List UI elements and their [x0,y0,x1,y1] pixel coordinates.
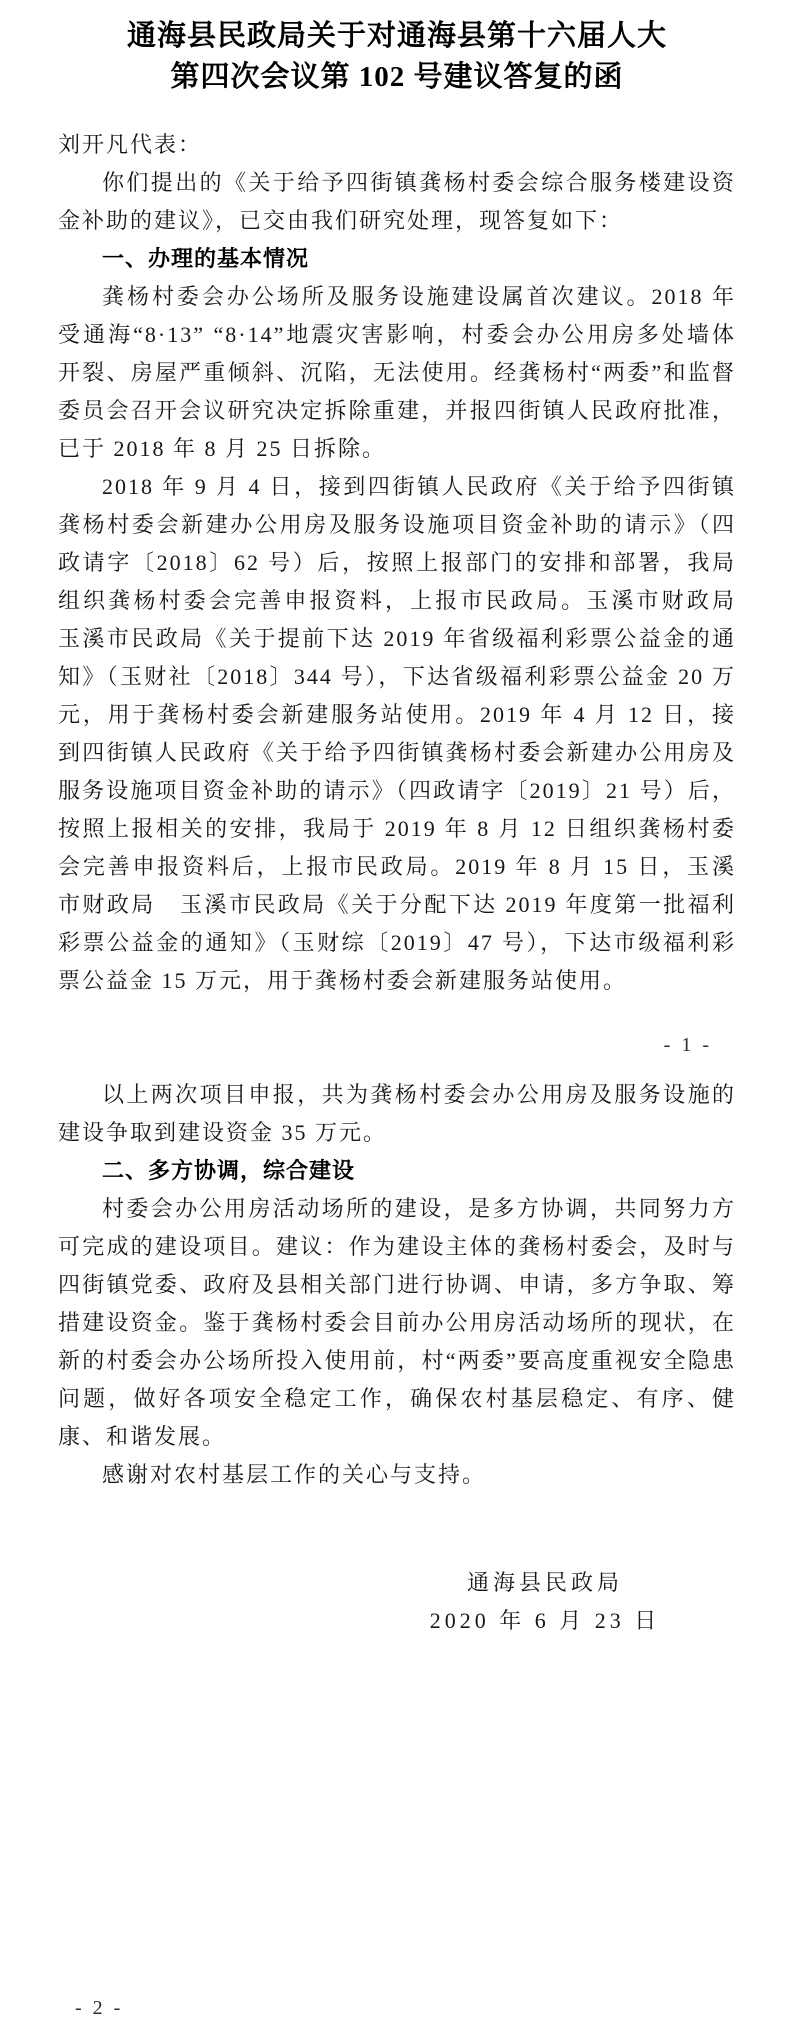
document-title-line-1: 通海县民政局关于对通海县第十六届人大 [58,16,736,57]
section-1-paragraph-3: 以上两次项目申报，共为龚杨村委会办公用房及服务设施的建设争取到建设资金 35 万… [58,1076,736,1152]
document-title: 通海县民政局关于对通海县第十六届人大 第四次会议第 102 号建议答复的函 [58,16,736,98]
page-1-number: - 1 - [58,1026,736,1064]
signature-date: 2020 年 6 月 23 日 [380,1602,710,1640]
section-2-heading: 二、多方协调，综合建设 [58,1152,736,1190]
signature-block: 通海县民政局 2020 年 6 月 23 日 [380,1564,710,1640]
closing-paragraph: 感谢对农村基层工作的关心与支持。 [58,1456,736,1494]
intro-paragraph: 你们提出的《关于给予四街镇龚杨村委会综合服务楼建设资金补助的建议》，已交由我们研… [58,164,736,240]
section-1-paragraph-2: 2018 年 9 月 4 日，接到四街镇人民政府《关于给予四街镇龚杨村委会新建办… [58,468,736,1000]
document-page: 通海县民政局关于对通海县第十六届人大 第四次会议第 102 号建议答复的函 刘开… [0,0,793,1640]
signature-organization: 通海县民政局 [380,1564,710,1602]
page-2-number: - 2 - [75,1996,123,2020]
salutation: 刘开凡代表： [58,126,736,164]
section-1-heading: 一、办理的基本情况 [58,240,736,278]
section-1-paragraph-1: 龚杨村委会办公场所及服务设施建设属首次建议。2018 年受通海“8·13” “8… [58,278,736,468]
document-title-line-2: 第四次会议第 102 号建议答复的函 [58,57,736,98]
section-2-paragraph-1: 村委会办公用房活动场所的建设，是多方协调，共同努力方可完成的建设项目。建议：作为… [58,1190,736,1456]
